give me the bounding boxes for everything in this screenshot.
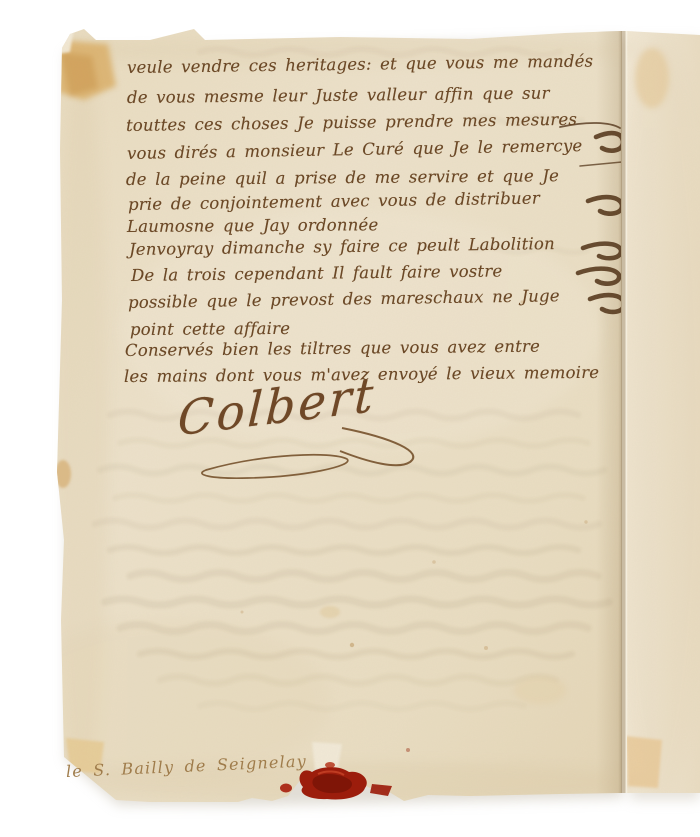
paper-texture — [50, 25, 700, 810]
letter-paper — [0, 0, 700, 837]
photograph-background: veule vendre ces heritages: et que vous … — [0, 0, 700, 837]
